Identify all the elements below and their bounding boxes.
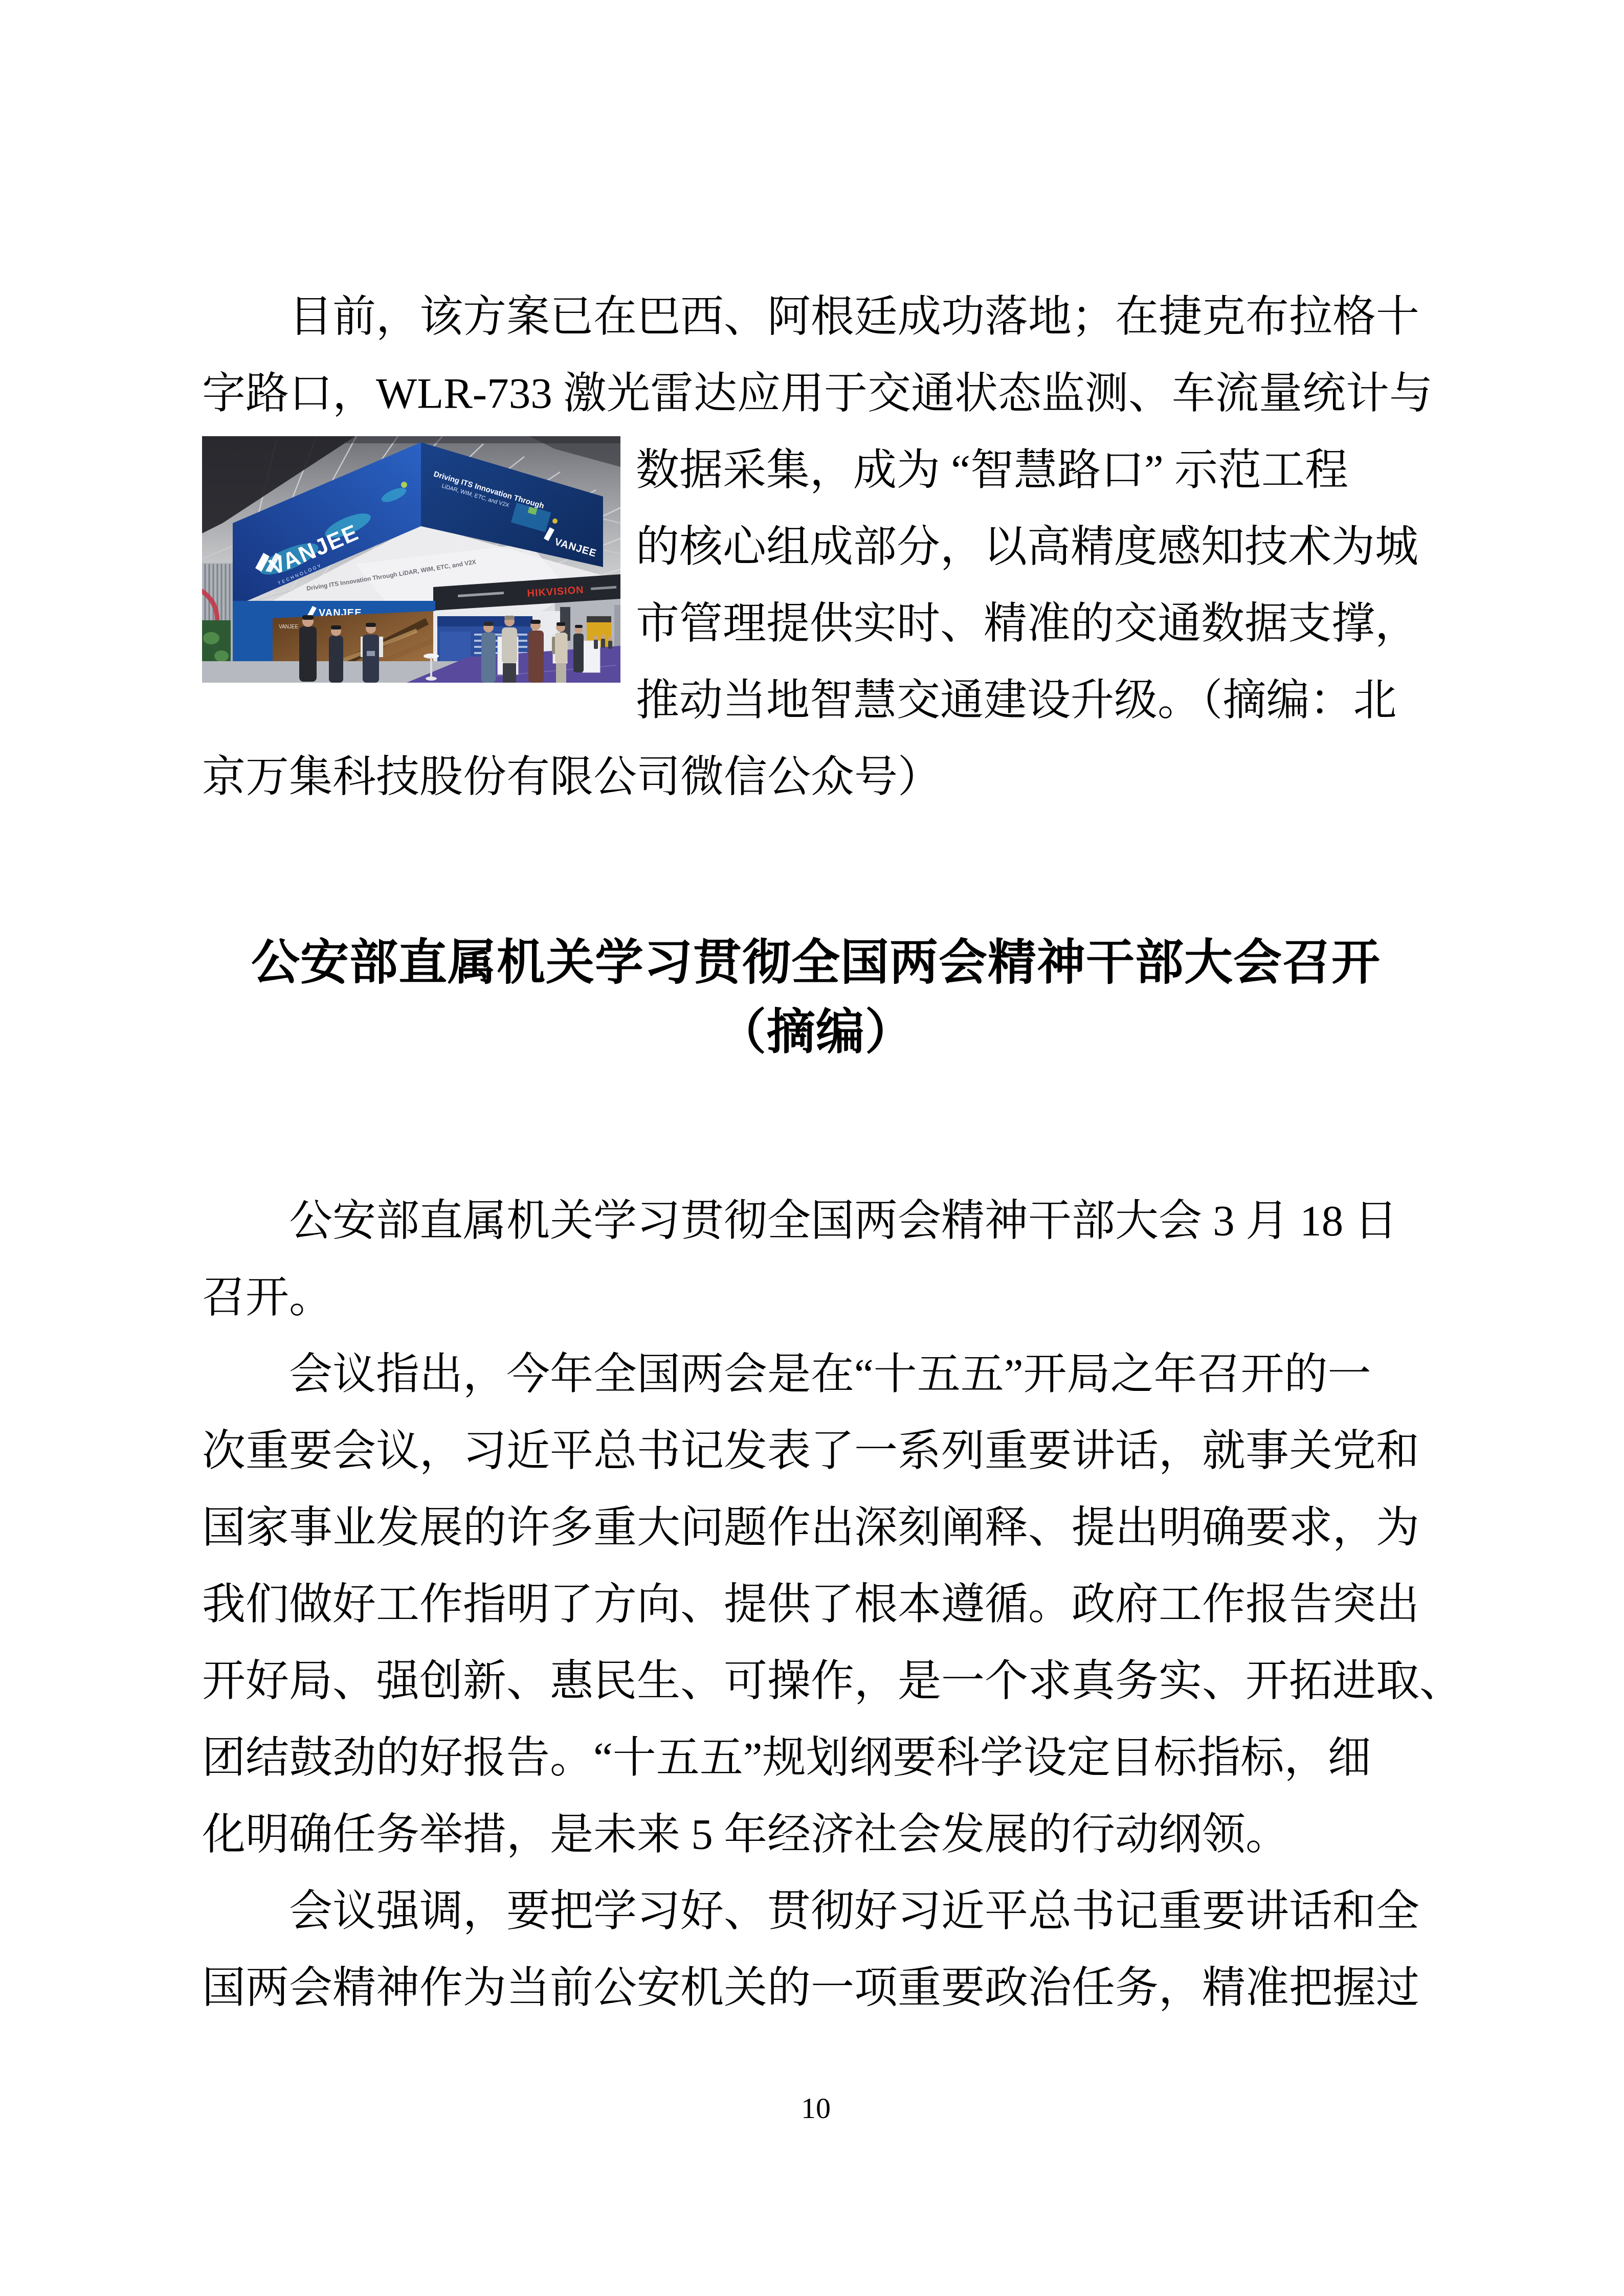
body-line: 团结鼓劲的好报告。“十五五”规划纲要科学设定目标指标，细	[202, 1720, 1430, 1796]
paragraph-meeting-points: 会议指出，今年全国两会是在“十五五”开局之年召开的一 次重要会议，习近平总书记发…	[202, 1336, 1430, 1873]
exhibition-photo: Driving ITS Innovation Through LiDAR, WI…	[202, 436, 620, 683]
photo-text-wrap: Driving ITS Innovation Through LiDAR, WI…	[202, 432, 1430, 739]
section-heading: 公安部直属机关学习贯彻全国两会精神干部大会召开 （摘编）	[202, 928, 1430, 1067]
paragraph-intro: 目前，该方案已在巴西、阿根廷成功落地；在捷克布拉格十 字路口，WLR-733 激…	[202, 279, 1430, 432]
body-line: 国家事业发展的许多重大问题作出深刻阐释、提出明确要求，为	[202, 1490, 1430, 1566]
body-line: 次重要会议，习近平总书记发表了一系列重要讲话，就事关党和	[202, 1413, 1430, 1490]
body-line: 的核心组成部分，以高精度感知技术为城	[636, 509, 1418, 586]
paragraph-meeting-date: 公安部直属机关学习贯彻全国两会精神干部大会 3 月 18 日 召开。	[202, 1183, 1430, 1336]
body-line: 推动当地智慧交通建设升级。（摘编：北	[636, 662, 1418, 739]
body-line: 字路口，WLR-733 激光雷达应用于交通状态监测、车流量统计与	[202, 355, 1430, 432]
heading-line-2: （摘编）	[202, 998, 1430, 1067]
body-line: 开好局、强创新、惠民生、可操作，是一个求真务实、开拓进取、	[202, 1643, 1430, 1720]
panel-brand-text: VANJEE	[279, 624, 298, 630]
body-line: 公安部直属机关学习贯彻全国两会精神干部大会 3 月 18 日	[202, 1183, 1430, 1259]
paragraph-meeting-emphasis: 会议强调，要把学习好、贯彻好习近平总书记重要讲话和全 国两会精神作为当前公安机关…	[202, 1873, 1430, 2027]
body-line: 国两会精神作为当前公安机关的一项重要政治任务，精准把握过	[202, 1950, 1430, 2027]
body-line: 数据采集，成为 “智慧路口” 示范工程	[636, 432, 1418, 509]
page-number: 10	[202, 2093, 1430, 2124]
body-line: 京万集科技股份有限公司微信公众号）	[202, 739, 1430, 816]
body-line: 目前，该方案已在巴西、阿根廷成功落地；在捷克布拉格十	[202, 279, 1430, 355]
document-content: 目前，该方案已在巴西、阿根廷成功落地；在捷克布拉格十 字路口，WLR-733 激…	[202, 279, 1430, 2124]
document-page: 目前，该方案已在巴西、阿根廷成功落地；在捷克布拉格十 字路口，WLR-733 激…	[0, 0, 1624, 2296]
heading-line-1: 公安部直属机关学习贯彻全国两会精神干部大会召开	[202, 928, 1430, 998]
body-line: 我们做好工作指明了方向、提供了根本遵循。政府工作报告突出	[202, 1566, 1430, 1643]
wrapped-text-column: 数据采集，成为 “智慧路口” 示范工程 的核心组成部分，以高精度感知技术为城 市…	[636, 432, 1418, 739]
body-line: 召开。	[202, 1259, 1430, 1336]
body-line: 会议指出，今年全国两会是在“十五五”开局之年召开的一	[202, 1336, 1430, 1413]
body-line: 市管理提供实时、精准的交通数据支撑，	[636, 586, 1418, 662]
body-line: 化明确任务举措，是未来 5 年经济社会发展的行动纲领。	[202, 1796, 1430, 1873]
body-line: 会议强调，要把学习好、贯彻好习近平总书记重要讲话和全	[202, 1873, 1430, 1950]
